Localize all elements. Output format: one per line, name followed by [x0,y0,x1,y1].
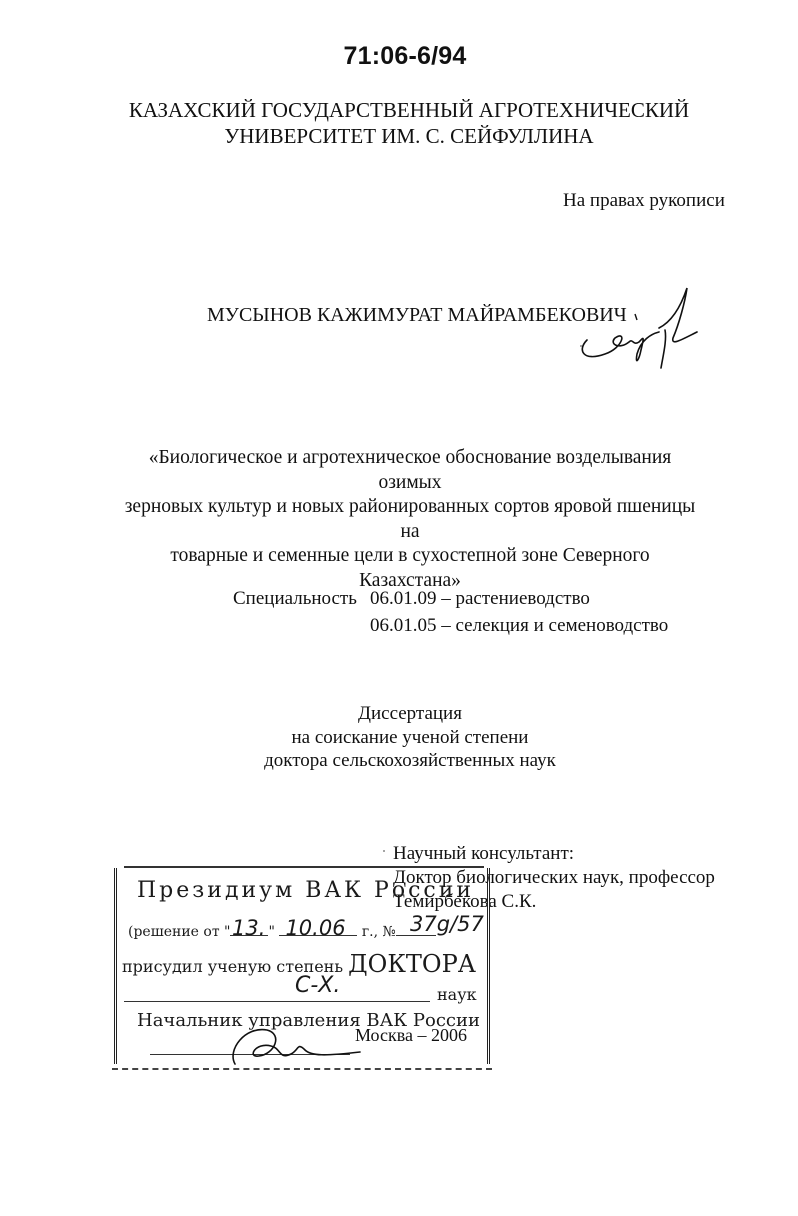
dissertation-degree: доктора сельскохозяйственных наук [180,749,640,773]
university-line-2: УНИВЕРСИТЕТ ИМ. С. СЕЙФУЛЛИНА [20,123,798,149]
awarded-degree: ДОКТОРА [348,950,476,978]
title-line: «Биологическое и агротехническое обоснов… [120,446,700,495]
stamp-field-suffix: наук [437,985,477,1004]
dissertation-purpose: на соискание ученой степени [180,726,640,750]
document-code: 71:06-6/94 [0,42,798,71]
university-line-1: КАЗАХСКИЙ ГОСУДАРСТВЕННЫЙ АГРОТЕХНИЧЕСКИ… [20,97,798,123]
university-name: КАЗАХСКИЙ ГОСУДАРСТВЕННЫЙ АГРОТЕХНИЧЕСКИ… [0,97,798,149]
scan-speck [580,345,582,347]
consultant-label: Научный консультант: [393,842,715,866]
handwritten-decision-date: 13. 10.06 [232,916,346,940]
specialty-item: 06.01.05 – селекция и семеноводство [370,612,668,639]
dissertation-title: «Биологическое и агротехническое обоснов… [100,446,700,593]
scan-speck [383,850,385,852]
dissertation-label: Диссертация [180,702,640,726]
vak-signature-icon [225,1020,365,1070]
specialty-label: Специальность [233,585,370,612]
title-line: зерновых культур и новых районированных … [120,495,700,544]
place-year: Москва – 2006 [355,1025,467,1046]
scan-speck [430,316,432,318]
author-signature-icon [575,280,715,380]
author-name: МУСЫНОВ КАЖИМУРАТ МАЙРАМБЕКОВИЧ [207,304,627,327]
handwritten-science-field: С-Х. [295,973,340,998]
specialty-block: Специальность 06.01.09 – растениеводство… [233,585,668,639]
dissertation-degree-block: Диссертация на соискание ученой степени … [180,702,640,773]
stamp-field-underline [124,1001,430,1002]
handwritten-decision-number: 37g/57 [410,912,484,936]
rights-note: На правах рукописи [563,190,725,212]
specialty-item: 06.01.09 – растениеводство [370,585,590,612]
stamp-header: Президиум ВАК России [137,878,474,903]
